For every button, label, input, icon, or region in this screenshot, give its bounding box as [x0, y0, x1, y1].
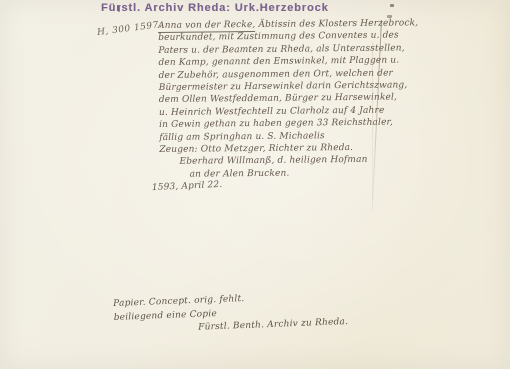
- shelfmark-annotation: H, 300 1597.: [97, 20, 163, 38]
- paper-fold-crease-faint: [372, 42, 373, 202]
- handwritten-regest: Anna von der Recke, Äbtissin des Kloster…: [158, 18, 396, 195]
- regest-line: in Gewin gethan zu haben gegen 33 Reichs…: [159, 117, 395, 132]
- regest-line: Eberhard Willmanß, d. heiligen Hofman: [179, 154, 395, 169]
- regest-line-rest: Äbtissin des Klosters Herzebrock,: [255, 18, 418, 30]
- archival-document-photo: Fürstl. Archiv Rheda: Urk.Herzebrock H, …: [0, 0, 510, 369]
- archivist-notes: Papier. Concept. orig. fehlt. beiliegend…: [113, 289, 348, 338]
- paper-speck: [390, 4, 394, 7]
- archive-stamp: Fürstl. Archiv Rheda: Urk.Herzebrock: [101, 2, 329, 14]
